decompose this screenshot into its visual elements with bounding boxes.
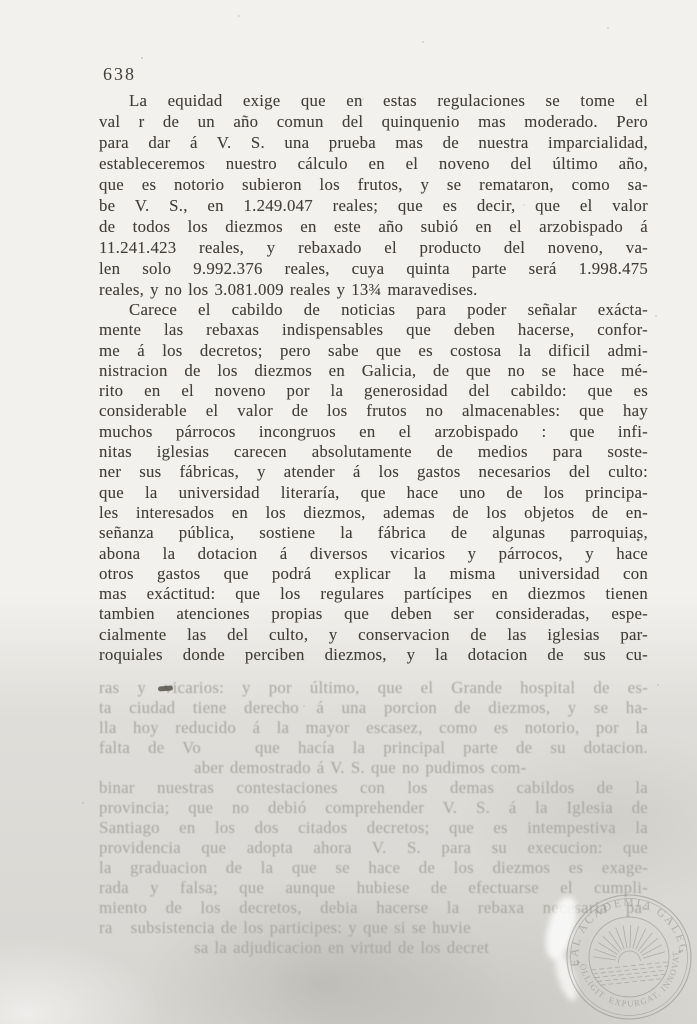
text-line: nitas iglesias carecen absolutamente de … [99, 442, 648, 462]
text-line: señanza pública, sostiene la fábrica de … [99, 523, 648, 543]
text-line: 11.241.423 reales, y rebaxado el product… [99, 237, 648, 258]
text-line: val r de un año comun del quinquenio mas… [99, 111, 648, 132]
text-line: rito en el noveno por la generosidad del… [99, 381, 648, 401]
text-line: cialmente las del culto, y conservacion … [99, 625, 648, 645]
text-line: otros gastos que podrá explicar la misma… [99, 564, 648, 584]
text-line: ras y vicarios: y por último, que el Gra… [99, 678, 648, 698]
text-line: be V. S., en 1.249.047 reales; que es de… [99, 195, 648, 216]
text-line: Santiago en los dos citados decretos; qu… [99, 818, 648, 838]
page-number: 638 [103, 64, 136, 85]
text-line: que es notorio subieron los frutos, y se… [99, 174, 648, 195]
text-line: reales, y no los 3.081.009 reales y 13¾ … [99, 279, 648, 300]
paragraph-1: La equidad exige que en estas regulacion… [99, 90, 648, 300]
text-line: la graduacion de la que se hace de los d… [99, 858, 648, 878]
stamp-sea-lines [591, 962, 670, 986]
text-line: len solo 9.992.376 reales, cuya quinta p… [99, 258, 648, 279]
text-line: Carece el cabildo de noticias para poder… [99, 300, 648, 320]
text-line: falta de Vo que hacía la principal parte… [99, 738, 648, 758]
text-line: ta ciudad tiene derecho á una porcion de… [99, 698, 648, 718]
text-line: estableceremos nuestro cálculo en el nov… [99, 153, 648, 174]
paragraph-2: Carece el cabildo de noticias para poder… [99, 300, 648, 665]
text-line: mente las rebaxas indispensables que deb… [99, 320, 648, 340]
text-line: lla hoy reducido á la mayor escasez, com… [99, 718, 648, 738]
paper-speckles [0, 0, 2, 2]
text-line: La equidad exige que en estas regulacion… [99, 90, 648, 111]
text-line: roquiales donde perciben diezmos, y la d… [99, 645, 648, 665]
text-column: La equidad exige que en estas regulacion… [99, 90, 648, 958]
text-line: nistracion de los diezmos en Galicia, de… [99, 361, 648, 381]
text-line: tambien atenciones propias que deben ser… [99, 604, 648, 624]
text-line: ner sus fábricas, y atender á los gastos… [99, 462, 648, 482]
margin-ink-mark: • [636, 533, 640, 548]
margin-ink-mark: · [585, 531, 590, 548]
text-line: considerable el valor de los frutos no a… [99, 401, 648, 421]
text-line: muchos párrocos incongruos en el arzobis… [99, 422, 648, 442]
ink-smudge [158, 685, 173, 691]
text-line: binar nuestras contestaciones con los de… [99, 778, 648, 798]
text-line: aber demostrado á V. S. que no pudimos c… [99, 758, 648, 778]
library-stamp: REAL ACADEMIA GALEGA COLLIGIT. EXPURGAT.… [554, 882, 697, 1024]
text-line: de todos los diezmos en este año subió e… [99, 216, 648, 237]
text-line: que la universidad literaría, que hace u… [99, 483, 648, 503]
text-line: abona la dotacion á diversos vicarios y … [99, 544, 648, 564]
text-line: para dar á V. S. una prueba mas de nuest… [99, 132, 648, 153]
text-line: me á los decretos; pero sabe que es cost… [99, 341, 648, 361]
text-line: provincia; que no debió comprehender V. … [99, 798, 648, 818]
text-line: les interesados en los diezmos, ademas d… [99, 503, 648, 523]
document-page: 638 La equidad exige que en estas regula… [0, 0, 697, 1024]
text-line: mas exáctitud: que los regulares partíci… [99, 584, 648, 604]
text-line: providencia que adopta ahora V. S. para … [99, 838, 648, 858]
